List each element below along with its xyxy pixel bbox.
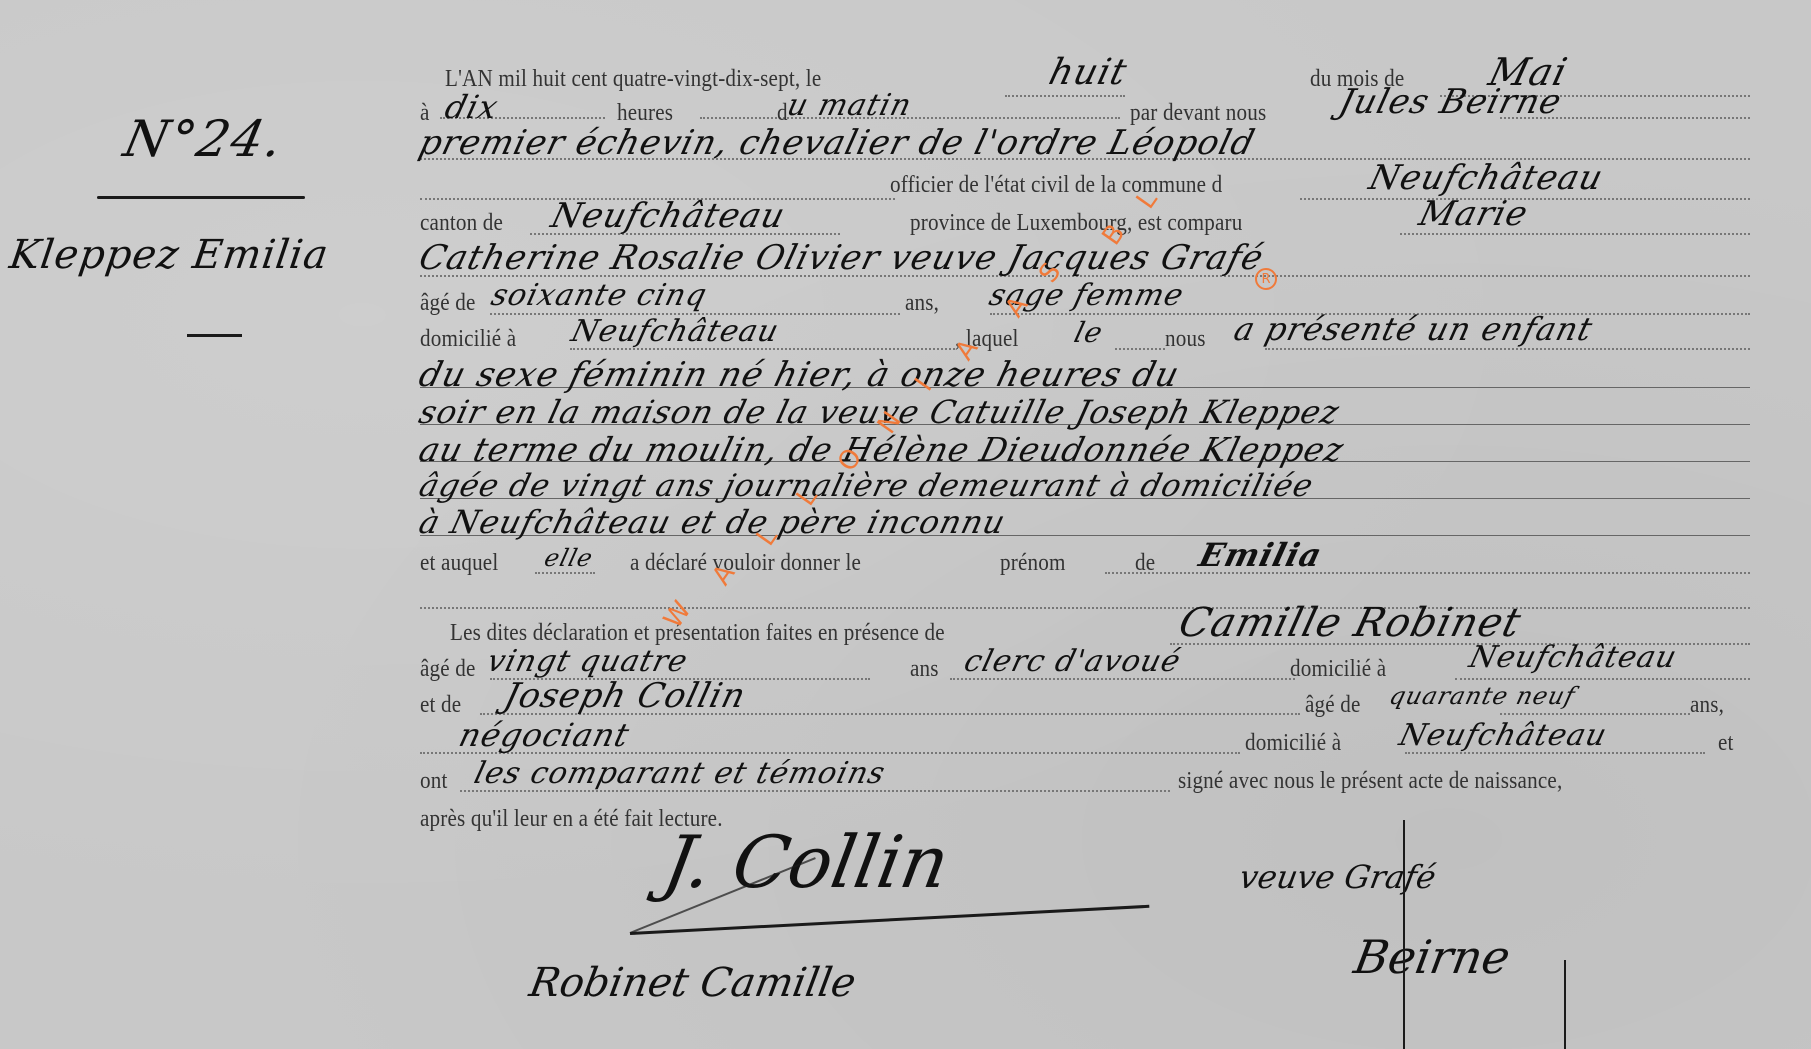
printed-text: et de <box>420 692 461 719</box>
printed-text: et auquel <box>420 550 498 577</box>
signature-officer: Beirne <box>1350 930 1514 984</box>
signature-grafe: veuve Grafé <box>1237 858 1439 896</box>
handwritten-witness-2-name: Joseph Collin <box>500 676 750 716</box>
handwritten-time-of-day: u matin <box>784 88 916 123</box>
record-number-underline <box>97 196 305 199</box>
printed-text: province de Luxembourg, est comparu <box>910 210 1242 237</box>
signature-robinet: Robinet Camille <box>526 960 859 1006</box>
handwritten-witness-2-domicile: Neufchâteau <box>1396 718 1611 753</box>
handwritten-declarant-age: soixante cinq <box>488 278 711 313</box>
printed-text: signé avec nous le présent acte de naiss… <box>1178 768 1562 795</box>
handwritten-declarant-name: Catherine Rosalie Olivier veuve Jacques … <box>415 238 1268 278</box>
printed-text: Les dites déclaration et présentation fa… <box>450 620 945 647</box>
printed-text: a déclaré vouloir donner le <box>630 550 861 577</box>
handwritten-hour: dix <box>441 88 502 126</box>
printed-text: âgé de <box>420 656 476 683</box>
handwritten-witness-1-name: Camille Robinet <box>1174 600 1526 646</box>
printed-text: âgé de <box>420 290 476 317</box>
printed-text: domicilié à <box>1245 730 1341 757</box>
signature-stroke <box>1564 960 1566 1049</box>
handwritten-officer-title: premier échevin, chevalier de l'ordre Lé… <box>415 123 1259 163</box>
printed-text: ont <box>420 768 448 795</box>
handwritten-witness-2-age: quarante neuf <box>1387 682 1579 710</box>
printed-text: et <box>1718 730 1734 757</box>
printed-text: âgé de <box>1305 692 1361 719</box>
printed-text: canton de <box>420 210 503 237</box>
signature-stroke <box>1403 820 1405 1049</box>
handwritten-officer-name: Jules Beirne <box>1335 82 1566 122</box>
handwritten-text: a présenté un enfant <box>1230 310 1597 348</box>
printed-text: ans, <box>905 290 939 317</box>
handwritten-day: huit <box>1045 52 1132 93</box>
handwritten-text: elle <box>542 544 597 572</box>
handwritten-declarant-first: Marie <box>1415 194 1532 234</box>
handwritten-text: le <box>1071 316 1107 349</box>
handwritten-canton: Neufchâteau <box>547 196 789 236</box>
handwritten-father: à Neufchâteau et de père inconnu <box>415 503 1010 541</box>
printed-text: domicilié à <box>420 326 516 353</box>
handwritten-mother: au terme du moulin, de Hélène Dieudonnée… <box>415 430 1348 469</box>
printed-text: officier de l'état civil de la commune d <box>890 172 1222 199</box>
printed-text: ans, <box>1690 692 1724 719</box>
birth-certificate-page: N°24. Kleppez Emilia <box>0 0 1811 1049</box>
record-number: N°24. <box>119 110 290 168</box>
registered-mark-icon: R <box>1255 268 1277 290</box>
handwritten-declarant-domicile: Neufchâteau <box>568 314 783 349</box>
handwritten-mother-details: âgée de vingt ans journalière demeurant … <box>416 468 1318 504</box>
margin-subject-name: Kleppez Emilia <box>7 232 332 278</box>
handwritten-witness-1-age: vingt quatre <box>484 644 692 679</box>
handwritten-witness-1-domicile: Neufchâteau <box>1466 640 1681 675</box>
handwritten-birth-details: du sexe féminin né hier, à onze heures d… <box>415 355 1184 395</box>
signature-flourish <box>630 905 1149 935</box>
printed-text: nous <box>1165 326 1206 353</box>
printed-text: domicilié à <box>1290 656 1386 683</box>
printed-text: ans <box>910 656 939 683</box>
printed-text: prénom <box>1000 550 1066 577</box>
handwritten-commune: Neufchâteau <box>1365 158 1607 198</box>
handwritten-text: les comparant et témoins <box>471 756 890 791</box>
handwritten-witness-1-profession: clerc d'avoué <box>961 644 1185 679</box>
margin-dash <box>187 334 242 337</box>
printed-text: de <box>1135 550 1155 577</box>
handwritten-given-name: Emilia <box>1195 536 1326 574</box>
handwritten-witness-2-profession: négociant <box>455 716 633 754</box>
